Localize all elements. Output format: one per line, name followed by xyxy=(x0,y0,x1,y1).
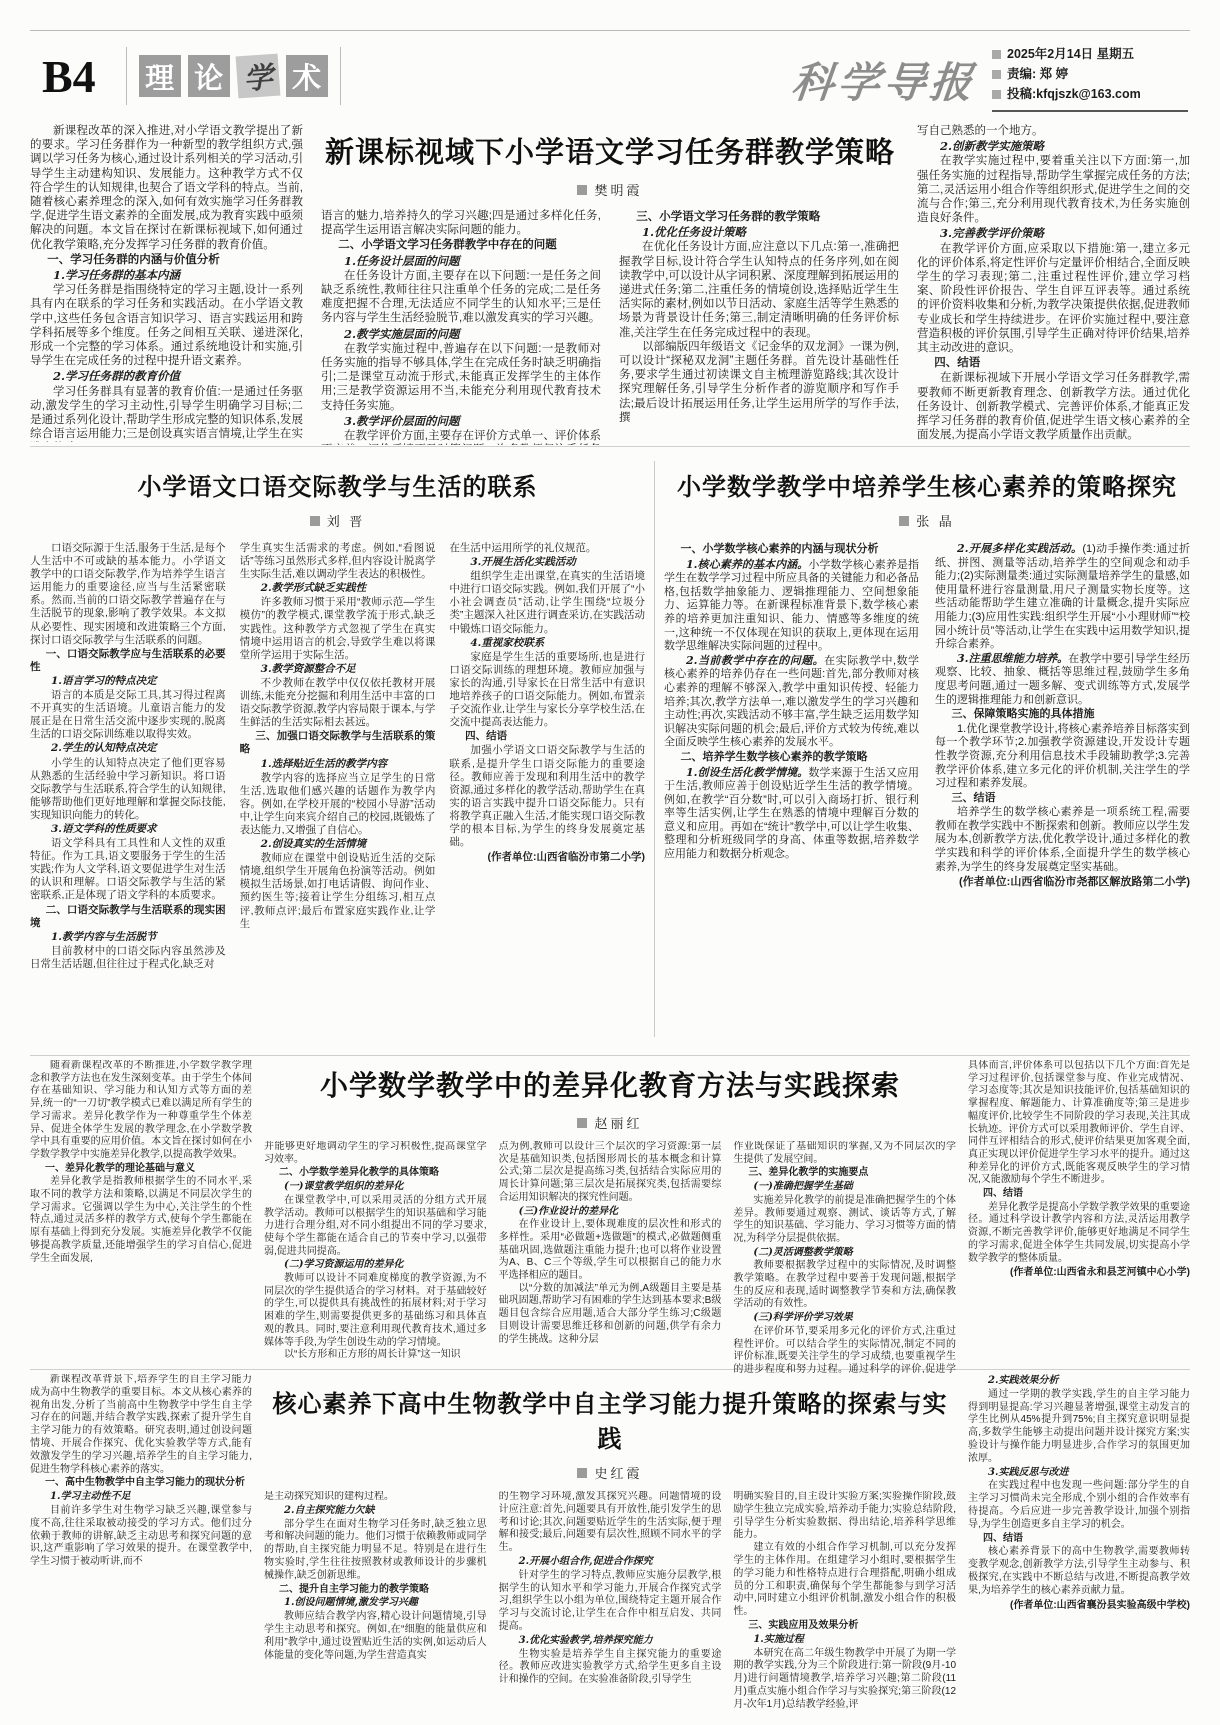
body-paragraph: 3.注重思维能力培养。在教学中要引导学生经历观察、比较、抽象、概括等思维过程,鼓… xyxy=(935,652,1190,707)
author-attribution: (作者单位:山西省襄汾县实验高级中学校) xyxy=(968,1600,1190,1613)
sub-heading: 1.学习主动性不足 xyxy=(30,1491,252,1504)
body-paragraph: 在作业设计上,要体现难度的层次性和形式的多样性。采用“必做题+选做题”的模式,必… xyxy=(499,1219,722,1283)
body-paragraph: 加强小学语文口语交际教学与生活的联系,是提升学生口语交际能力的重要途径。教师应善… xyxy=(449,744,645,849)
body-paragraph: 在教学实施过程中,要着重关注以下方面:第一,加强任务实施的过程指导,帮助学生掌握… xyxy=(917,154,1190,225)
body-paragraph: 具体而言,评价体系可以包括以下几个方面:首先是学习过程评价,包括课堂参与度、作业… xyxy=(968,1060,1190,1187)
sub-heading: 2.创新教学实施策略 xyxy=(917,139,1190,153)
author-attribution: (作者单位:山西省临汾市尧都区解放路第二小学) xyxy=(935,876,1190,890)
sub-heading: 2.学生的认知特点决定 xyxy=(30,742,226,755)
section-heading: 三、保障策略实施的具体措施 xyxy=(935,708,1190,722)
section-heading: 三、差异化教学的实施要点 xyxy=(733,1167,956,1180)
section-heading: 二、培养学生数学核心素养的教学策略 xyxy=(664,751,919,765)
body-paragraph: 部分学生在面对生物学习任务时,缺乏独立思考和解决问题的能力。他们习惯于依赖教师或… xyxy=(264,1519,487,1583)
sub-heading: 3.语文学科的性质要求 xyxy=(30,823,226,836)
body-paragraph: 在课堂教学中,可以采用灵活的分组方式开展教学活动。教师可以根据学生的知识基础和学… xyxy=(264,1195,487,1259)
sub-heading: 2.开展小组合作,促进合作探究 xyxy=(499,1556,722,1569)
body-paragraph: 针对学生的学习特点,教师应实施分层教学,根据学生的认知水平和学习能力,开展合作探… xyxy=(499,1570,722,1634)
article-2-title: 小学语文口语交际教学与生活的联系 xyxy=(30,467,645,502)
square-bullet-icon xyxy=(992,90,1001,99)
sub-heading: 1.学习任务群的基本内涵 xyxy=(30,268,303,282)
body-paragraph: 建立有效的小组合作学习机制,可以充分发挥学生的主体作用。在组建学习小组时,要根据… xyxy=(733,1542,956,1619)
section-heading: 四、结语 xyxy=(917,356,1190,370)
editor-name: 责编: 郑 婷 xyxy=(1007,64,1068,84)
masthead-divider xyxy=(126,47,127,105)
body-paragraph: 在实践过程中也发现一些问题:部分学生的自主学习习惯尚未完全形成,个别小组的合作效… xyxy=(968,1480,1190,1531)
sub-heading: 2.创设真实的生活情境 xyxy=(240,838,436,851)
body-paragraph: 并能够更好地调动学生的学习积极性,提高课堂学习效率。 xyxy=(264,1141,487,1166)
sub-heading: 3.实践反思与改进 xyxy=(968,1467,1190,1480)
section-char-box: 理 xyxy=(139,55,181,97)
article-column: 三、小学语文学习任务群的教学策略1.优化任务设计策略在优化任务设计方面,应注意以… xyxy=(619,209,899,445)
article-column: 并能够更好地调动学生的学习积极性,提高课堂学习效率。二、小学数学差异化教学的具体… xyxy=(264,1141,487,1373)
section-heading: 四、结语 xyxy=(968,1533,1190,1546)
article-5-byline: 史红霞 xyxy=(264,1463,956,1482)
sub-heading: (三)科学评价学习效果 xyxy=(733,1312,956,1325)
section-heading: 四、结语 xyxy=(449,730,645,743)
section-char-box: 论 xyxy=(188,55,230,97)
body-paragraph: 新课程改革背景下,培养学生的自主学习能力成为高中生物教学的重要目标。本文从核心素… xyxy=(30,1374,252,1476)
sub-heading: 1.优化任务设计策略 xyxy=(619,225,899,239)
section-heading: 三、结语 xyxy=(935,792,1190,806)
body-paragraph: 口语交际源于生活,服务于生活,是每个人生活中不可或缺的基本能力。小学语文教学中的… xyxy=(30,542,226,647)
body-paragraph: 生物实验是培养学生自主探究能力的重要途径。教师应改进实验教学方式,给学生更多自主… xyxy=(499,1649,722,1687)
article-1-right-column: 写自己熟悉的一个地方。2.创新教学实施策略在教学实施过程中,要着重关注以下方面:… xyxy=(917,124,1190,442)
paragraph-lead: 1.核心素养的基本内涵。 xyxy=(686,558,808,571)
paragraph-lead: 1.创设生活化教学情境。 xyxy=(686,766,808,779)
sub-heading: (一)准确把握学生基础 xyxy=(733,1181,956,1194)
square-bullet-icon xyxy=(992,70,1001,79)
body-paragraph: 在教学评价方面,应采取以下措施:第一,建立多元化的评价体系,将定性评价与定量评价… xyxy=(917,242,1190,356)
article-4-author: 赵丽红 xyxy=(594,1116,642,1131)
paragraph-lead: 2.当前教学中存在的问题。 xyxy=(686,654,824,667)
sub-heading: (二)灵活调整教学策略 xyxy=(733,1247,956,1260)
sub-heading: 4.重视家校联系 xyxy=(449,637,645,650)
body-paragraph: 学习任务群具有显著的教育价值:一是通过任务驱动,激发学生的学习主动性,引导学生明… xyxy=(30,385,303,442)
info-underline xyxy=(992,110,1188,112)
article-3-byline: 张 晶 xyxy=(664,511,1190,530)
sub-heading: 1.任务设计层面的问题 xyxy=(321,254,601,268)
editor-row: 责编: 郑 婷 xyxy=(992,64,1188,84)
body-paragraph: 在新课标视域下开展小学语文学习任务群教学,需要教师不断更新教育理念、创新教学方法… xyxy=(917,371,1190,442)
body-paragraph: 是主动探究知识的建构过程。 xyxy=(264,1491,487,1504)
body-paragraph: 家庭是学生生活的重要场所,也是进行口语交际训练的理想环境。教师应加强与家长的沟通… xyxy=(449,651,645,730)
body-paragraph: 以“分数的加减法”单元为例,A级题目主要是基础巩固题,帮助学习有困难的学生达到基… xyxy=(499,1283,722,1347)
body-paragraph: 组织学生走出课堂,在真实的生活语境中进行口语交际实践。例如,我们开展了“小小社会… xyxy=(449,570,645,635)
article-1-author: 樊明霞 xyxy=(594,183,642,198)
body-paragraph: 本研究在高二年级生物教学中开展了为期一学期的教学实践,分为三个阶段进行:第一阶段… xyxy=(733,1648,956,1712)
body-paragraph: 在生活中运用所学的礼仪规范。 xyxy=(449,542,645,555)
section-heading: 二、提升自主学习能力的教学策略 xyxy=(264,1584,487,1597)
article-column: 是主动探究知识的建构过程。2.自主探究能力欠缺部分学生在面对生物学习任务时,缺乏… xyxy=(264,1491,487,1725)
body-paragraph: 在教学实施过程中,普遍存在以下问题:一是教师对任务实施的指导不够具体,学生在完成… xyxy=(321,342,601,413)
masthead: B4 理 论 学 术 科学导报 2025年2月14日 星期五 xyxy=(30,34,1190,118)
article-2-columns: 口语交际源于生活,服务于生活,是每个人生活中不可或缺的基本能力。小学语文教学中的… xyxy=(30,542,645,1040)
section-heading: 一、口语交际教学应与生活联系的必要性 xyxy=(30,648,226,674)
date-row: 2025年2月14日 星期五 xyxy=(992,44,1188,64)
sub-heading: 3.完善教学评价策略 xyxy=(917,226,1190,240)
sub-heading: (三)作业设计的差异化 xyxy=(499,1206,722,1219)
square-bullet-icon xyxy=(310,516,320,526)
sub-heading: (一)课堂教学组织的差异化 xyxy=(264,1181,487,1194)
sub-heading: 3.教学资源整合不足 xyxy=(240,663,436,676)
body-paragraph: 语言的本质是交际工具,其习得过程离不开真实的生活语境。儿童语言能力的发展正是在日… xyxy=(30,689,226,741)
body-paragraph: 随着新课程改革的不断推进,小学数学教学理念和教学方法也在发生深刻变革。由于学生个… xyxy=(30,1060,252,1162)
article-3-columns: 一、小学数学核心素养的内涵与现状分析1.核心素养的基本内涵。小学数学核心素养是指… xyxy=(664,542,1190,1040)
sub-heading: 2.实践效果分析 xyxy=(968,1375,1190,1388)
body-paragraph: 教师应在课堂中创设贴近生活的交际情境,组织学生开展角色扮演等活动。例如模拟生活场… xyxy=(240,852,436,931)
article-5-title: 核心素养下高中生物教学中自主学习能力提升策略的探索与实践 xyxy=(264,1384,956,1454)
body-paragraph: 2.开展多样化实践活动。(1)动手操作类:通过折纸、拼图、测量等活动,培养学生的… xyxy=(935,542,1190,652)
article-2-author: 刘 晋 xyxy=(327,514,366,529)
body-paragraph: 新课程改革的深入推进,对小学语文教学提出了新的要求。学习任务群作为一种新型的教学… xyxy=(30,124,303,252)
sub-heading: 1.创设问题情境,激发学习兴趣 xyxy=(264,1597,487,1610)
sub-heading: 2.教学实施层面的问题 xyxy=(321,327,601,341)
submission-email: 投稿:kfqjszk@163.com xyxy=(1007,84,1141,104)
newspaper-page: B4 理 论 学 术 科学导报 2025年2月14日 星期五 xyxy=(0,0,1220,1725)
body-paragraph: 教师可以设计不同难度梯度的教学资源,为不同层次的学生提供适合的学习材料。对于基础… xyxy=(264,1273,487,1349)
article-4-left-column: 随着新课程改革的不断推进,小学数学教学理念和教学方法也在发生深刻变革。由于学生个… xyxy=(30,1060,252,1365)
article-1-byline: 樊明霞 xyxy=(321,180,899,199)
publication-date: 2025年2月14日 星期五 xyxy=(1007,44,1134,64)
article-column: 点为例,教师可以设计三个层次的学习资源:第一层次是基础知识类,包括图形周长的基本… xyxy=(499,1141,722,1373)
body-paragraph: 语言的魅力,培养持久的学习兴趣;四是通过多样化任务,提高学生运用语言解决实际问题… xyxy=(321,209,601,237)
article-column: 的生物学习环境,激发其探究兴趣。问题情境的设计应注意:首先,问题要具有开放性,能… xyxy=(499,1491,722,1725)
article-4-middle-columns: 并能够更好地调动学生的学习积极性,提高课堂学习效率。二、小学数学差异化教学的具体… xyxy=(264,1141,956,1373)
body-paragraph: 小学生的认知特点决定了他们更容易从熟悉的生活经验中学习新知识。将口语交际教学与生… xyxy=(30,757,226,822)
article-column: 语言的魅力,培养持久的学习兴趣;四是通过多样化任务,提高学生运用语言解决实际问题… xyxy=(321,209,601,445)
section-heading: 三、实践应用及效果分析 xyxy=(733,1620,956,1633)
body-paragraph: 学习任务群是指围绕特定的学习主题,设计一系列具有内在联系的学习任务和实践活动。在… xyxy=(30,283,303,368)
article-2: 小学语文口语交际教学与生活的联系 刘 晋 口语交际源于生活,服务于生活,是每个人… xyxy=(30,451,645,1051)
vertical-divider xyxy=(654,461,655,1037)
body-paragraph: 实施差异化教学的前提是准确把握学生的个体差异。教师要通过观察、测试、谈话等方式,… xyxy=(733,1195,956,1246)
section-title: 理 论 学 术 xyxy=(139,55,328,97)
body-paragraph: 差异化教学是提高小学数学教学效果的重要途径。通过科学设计教学内容和方法,灵活运用… xyxy=(968,1202,1190,1266)
sub-heading: (二)学习资源运用的差异化 xyxy=(264,1259,487,1272)
sub-heading: 1.语言学习的特点决定 xyxy=(30,675,226,688)
section-heading: 二、小学数学差异化教学的具体策略 xyxy=(264,1167,487,1180)
masthead-left: B4 理 论 学 术 xyxy=(30,34,353,118)
newspaper-logo: 科学导报 xyxy=(789,50,979,110)
article-column: 一、小学数学核心素养的内涵与现状分析1.核心素养的基本内涵。小学数学核心素养是指… xyxy=(664,542,919,1040)
body-paragraph: 1.核心素养的基本内涵。小学数学核心素养是指学生在数学学习过程中所应具备的关键能… xyxy=(664,558,919,654)
submission-row: 投稿:kfqjszk@163.com xyxy=(992,84,1188,104)
article-4-byline: 赵丽红 xyxy=(264,1113,956,1132)
body-paragraph: 以部编版四年级语文《记金华的双龙洞》一课为例,可以设计“探秘双龙洞”主题任务群。… xyxy=(619,340,899,425)
body-paragraph: 不少教师在教学中仅仅依托教材开展训练,未能充分挖掘和利用生活中丰富的口语交际教学… xyxy=(240,677,436,729)
body-paragraph: 核心素养背景下的高中生物教学,需要教师转变教学观念,创新教学方法,引导学生主动参… xyxy=(968,1546,1190,1597)
section-heading: 二、小学语文学习任务群教学中存在的问题 xyxy=(321,238,601,252)
body-paragraph: 在评价环节,要采用多元化的评价方式,注重过程性评价。可以结合学生的实际情况,制定… xyxy=(733,1326,956,1373)
body-paragraph: 写自己熟悉的一个地方。 xyxy=(917,124,1190,138)
body-paragraph: 在任务设计方面,主要存在以下问题:一是任务之间缺乏系统性,教师往往只注重单个任务… xyxy=(321,269,601,326)
body-paragraph: 培养学生的数学核心素养是一项系统工程,需要教师在教学实践中不断探索和创新。教师应… xyxy=(935,806,1190,874)
article-2-byline: 刘 晋 xyxy=(30,511,645,530)
masthead-right: 科学导报 2025年2月14日 星期五 责编: 郑 婷 投稿:kfqjszk@1… xyxy=(792,40,1190,112)
body-paragraph: 在教学评价方面,主要存在评价方式单一、评价体系不完善、评价反馈不及时等问题。许多… xyxy=(321,429,601,445)
band-separator xyxy=(30,1055,1190,1056)
top-rule xyxy=(30,30,1190,31)
page-edition: B4 xyxy=(42,50,96,103)
body-paragraph: 教师要根据教学过程中的实际情况,及时调整教学策略。在教学过程中要善于发现问题,根… xyxy=(733,1260,956,1311)
body-paragraph: 2.当前教学中存在的问题。在实际教学中,数学核心素养的培养仍存在一些问题:首先,… xyxy=(664,654,919,750)
article-3-author: 张 晶 xyxy=(916,514,955,529)
body-paragraph: 的生物学习环境,激发其探究兴趣。问题情境的设计应注意:首先,问题要具有开放性,能… xyxy=(499,1491,722,1555)
article-1-title: 新课标视域下小学语文学习任务群教学策略 xyxy=(321,130,899,171)
body-paragraph: 明确实验目的,自主设计实验方案;实验操作阶段,鼓励学生独立完成实验,培养动手能力… xyxy=(733,1491,956,1542)
article-column: 作业既保证了基础知识的掌握,又为不同层次的学生提供了发展空间。三、差异化教学的实… xyxy=(733,1141,956,1373)
paragraph-lead: 3.注重思维能力培养。 xyxy=(957,652,1068,665)
article-1-middle-columns: 语言的魅力,培养持久的学习兴趣;四是通过多样化任务,提高学生运用语言解决实际问题… xyxy=(321,209,899,445)
article-column: 在生活中运用所学的礼仪规范。3.开展生活化实践活动组织学生走出课堂,在真实的生活… xyxy=(449,542,645,1040)
square-bullet-icon xyxy=(577,185,587,195)
square-bullet-icon xyxy=(577,1468,587,1478)
sub-heading: 2.自主探究能力欠缺 xyxy=(264,1505,487,1518)
sub-heading: 1.选择贴近生活的教学内容 xyxy=(240,758,436,771)
body-paragraph: 语文学科具有工具性和人文性的双重特征。作为工具,语文要服务于学生的生活实践;作为… xyxy=(30,837,226,902)
article-column: 明确实验目的,自主设计实验方案;实验操作阶段,鼓励学生独立完成实验,培养动手能力… xyxy=(733,1491,956,1725)
sub-heading: 3.优化实验教学,培养探究能力 xyxy=(499,1635,722,1648)
body-paragraph: 以“长方形和正方形的周长计算”这一知识 xyxy=(264,1349,487,1362)
section-heading: 一、小学数学核心素养的内涵与现状分析 xyxy=(664,543,919,557)
article-column: 学生真实生活需求的考虑。例如,“看图说话”等练习虽然形式多样,但内容设计脱离学生… xyxy=(240,542,436,1040)
section-char-box-calligraphy: 学 xyxy=(235,54,280,99)
section-heading: 四、结语 xyxy=(968,1188,1190,1201)
author-attribution: (作者单位:山西省临汾市第二小学) xyxy=(449,851,645,864)
square-bullet-icon xyxy=(992,50,1001,59)
articles-2-3-band: 小学语文口语交际教学与生活的联系 刘 晋 口语交际源于生活,服务于生活,是每个人… xyxy=(30,451,1190,1051)
masthead-info: 2025年2月14日 星期五 责编: 郑 婷 投稿:kfqjszk@163.co… xyxy=(992,40,1188,112)
section-heading: 一、差异化教学的理论基础与意义 xyxy=(30,1163,252,1176)
sub-heading: 1.教学内容与生活脱节 xyxy=(30,931,226,944)
article-5-right-column: 2.实践效果分析通过一学期的教学实践,学生的自主学习能力得到明显提高:学习兴趣显… xyxy=(968,1374,1190,1725)
sub-heading: 1.实施过程 xyxy=(733,1634,956,1647)
sub-heading: 3.教学评价层面的问题 xyxy=(321,414,601,428)
body-paragraph: 差异化教学是指教师根据学生的不同水平,采取不同的教学方法和策略,以满足不同层次学… xyxy=(30,1176,252,1265)
body-paragraph: 在优化任务设计方面,应注意以下几点:第一,准确把握教学目标,设计符合学生认知特点… xyxy=(619,240,899,339)
article-3: 小学数学教学中培养学生核心素养的策略探究 张 晶 一、小学数学核心素养的内涵与现… xyxy=(664,451,1190,1051)
sub-heading: 2.教学形式缺乏实践性 xyxy=(240,582,436,595)
section-heading: 一、学习任务群的内涵与价值分析 xyxy=(30,253,303,267)
article-4: 随着新课程改革的不断推进,小学数学教学理念和教学方法也在发生深刻变革。由于学生个… xyxy=(30,1060,1190,1365)
article-3-title: 小学数学教学中培养学生核心素养的策略探究 xyxy=(664,467,1190,502)
article-5: 新课程改革背景下,培养学生的自主学习能力成为高中生物教学的重要目标。本文从核心素… xyxy=(30,1374,1190,1725)
section-heading: 三、加强口语交际教学与生活联系的策略 xyxy=(240,730,436,756)
article-column: 口语交际源于生活,服务于生活,是每个人生活中不可或缺的基本能力。小学语文教学中的… xyxy=(30,542,226,1040)
body-paragraph: 学生真实生活需求的考虑。例如,“看图说话”等练习虽然形式多样,但内容设计脱离学生… xyxy=(240,542,436,581)
sub-heading: 3.开展生活化实践活动 xyxy=(449,556,645,569)
section-heading: 二、口语交际教学与生活联系的现实困境 xyxy=(30,904,226,930)
body-paragraph: 目前教材中的口语交际内容虽然涉及日常生活话题,但往往过于程式化,缺乏对 xyxy=(30,945,226,971)
sub-heading: 2.学习任务群的教育价值 xyxy=(30,369,303,383)
article-4-right-column: 具体而言,评价体系可以包括以下几个方面:首先是学习过程评价,包括课堂参与度、作业… xyxy=(968,1060,1190,1365)
section-char-box: 术 xyxy=(286,55,328,97)
body-paragraph: 作业既保证了基础知识的掌握,又为不同层次的学生提供了发展空间。 xyxy=(733,1141,956,1166)
article-column: 2.开展多样化实践活动。(1)动手操作类:通过折纸、拼图、测量等活动,培养学生的… xyxy=(935,542,1190,1040)
article-1: 新课程改革的深入推进,对小学语文教学提出了新的要求。学习任务群作为一种新型的教学… xyxy=(30,124,1190,442)
author-attribution: (作者单位:山西省永和县芝河镇中心小学) xyxy=(968,1267,1190,1280)
band-separator xyxy=(30,446,1190,447)
body-paragraph: 通过一学期的教学实践,学生的自主学习能力得到明显提高:学习兴趣显著增强,课堂主动… xyxy=(968,1389,1190,1466)
article-4-title: 小学数学教学中的差异化教育方法与实践探索 xyxy=(264,1064,956,1104)
body-paragraph: 1.创设生活化教学情境。数学来源于生活又应用于生活,教师应善于创设贴近学生生活的… xyxy=(664,766,919,862)
section-heading: 一、高中生物教学中自主学习能力的现状分析 xyxy=(30,1477,252,1490)
body-paragraph: 1.优化课堂教学设计,将核心素养培养目标落实到每一个教学环节;2.加强教学资源建… xyxy=(935,723,1190,791)
article-5-middle-columns: 是主动探究知识的建构过程。2.自主探究能力欠缺部分学生在面对生物学习任务时,缺乏… xyxy=(264,1491,956,1725)
square-bullet-icon xyxy=(577,1118,587,1128)
paragraph-lead: 2.开展多样化实践活动。 xyxy=(957,542,1082,555)
section-heading: 三、小学语文学习任务群的教学策略 xyxy=(619,210,899,224)
body-paragraph: 许多教师习惯于采用“教师示范—学生模仿”的教学模式,课堂教学流于形式,缺乏实践性… xyxy=(240,596,436,661)
masthead-divider xyxy=(340,47,341,105)
body-paragraph: 教学内容的选择应当立足学生的日常生活,选取他们感兴趣的话题作为教学内容。例如,在… xyxy=(240,772,436,837)
body-paragraph: 教师应结合教学内容,精心设计问题情境,引导学生主动思考和探究。例如,在“细胞的能… xyxy=(264,1611,487,1662)
body-paragraph: 点为例,教师可以设计三个层次的学习资源:第一层次是基础知识类,包括图形周长的基本… xyxy=(499,1141,722,1205)
article-5-left-column: 新课程改革背景下,培养学生的自主学习能力成为高中生物教学的重要目标。本文从核心素… xyxy=(30,1374,252,1725)
body-paragraph: 目前许多学生对生物学习缺乏兴趣,课堂参与度不高,往往采取被动接受的学习方式。他们… xyxy=(30,1505,252,1569)
article-5-author: 史红霞 xyxy=(594,1466,642,1481)
square-bullet-icon xyxy=(899,516,909,526)
article-1-left-column: 新课程改革的深入推进,对小学语文教学提出了新的要求。学习任务群作为一种新型的教学… xyxy=(30,124,303,442)
